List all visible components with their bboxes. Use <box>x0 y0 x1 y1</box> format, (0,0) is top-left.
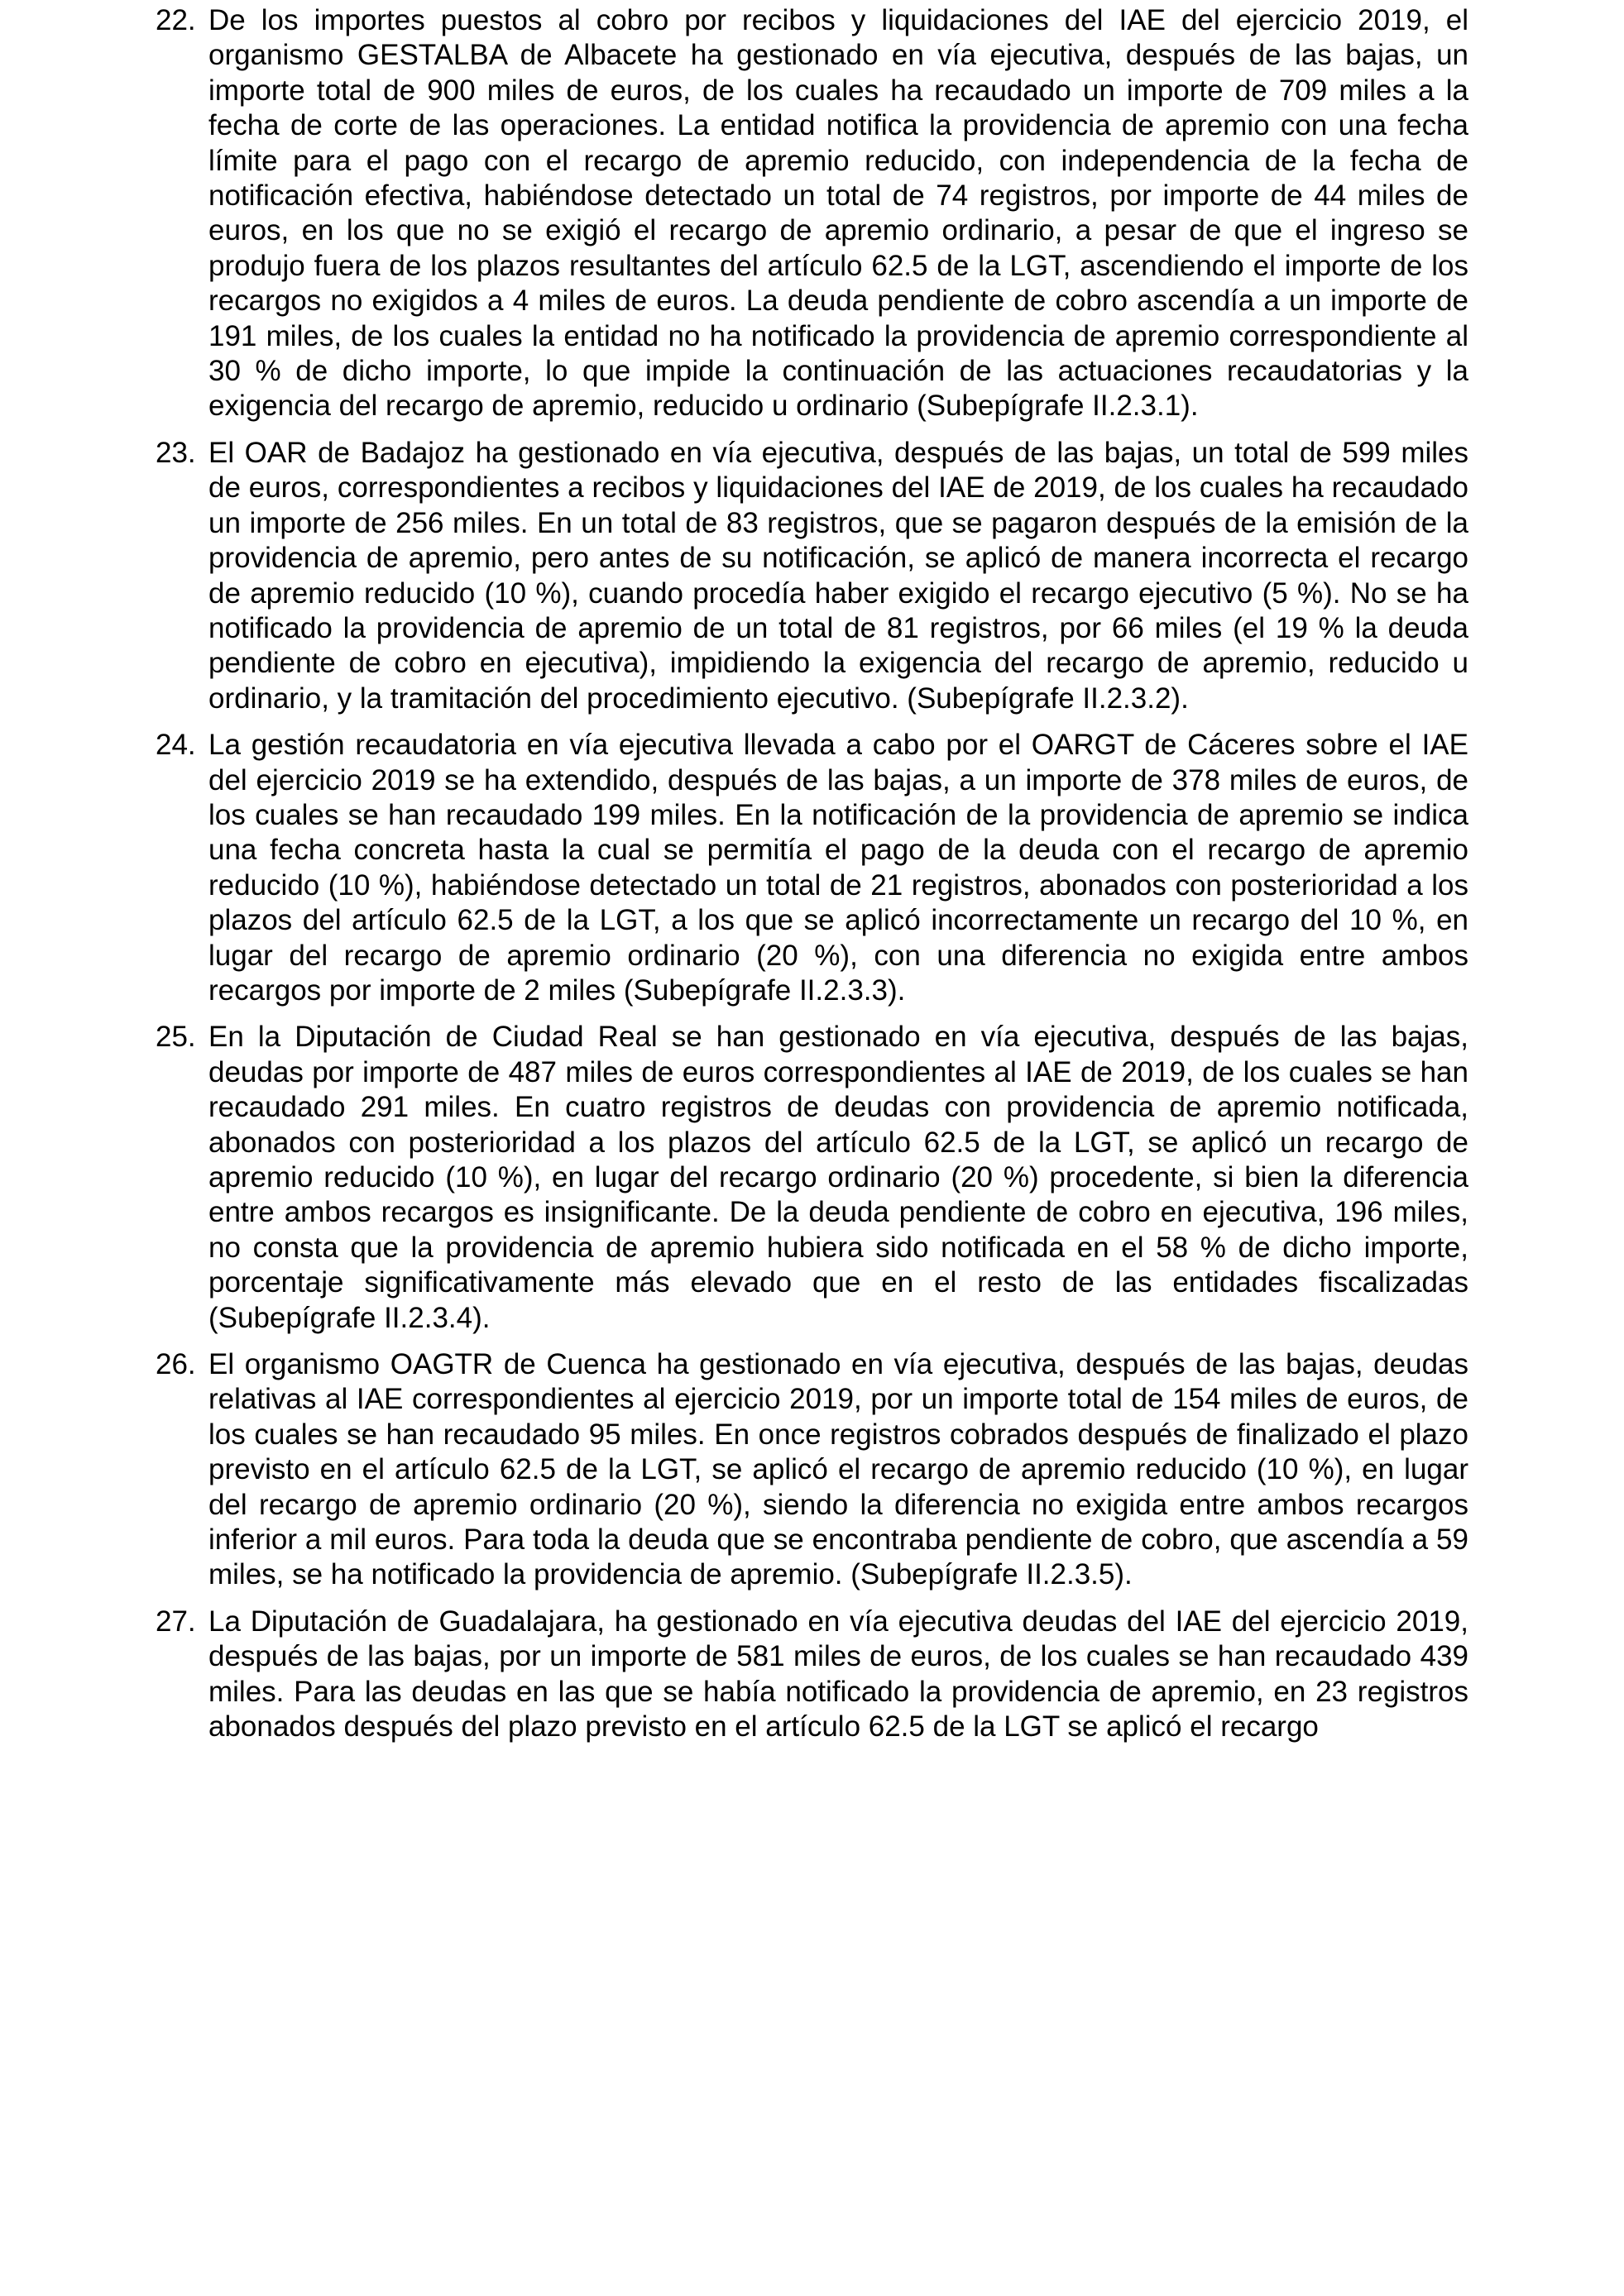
paragraph-number: 24. <box>156 728 196 763</box>
paragraph-text: De los importes puestos al cobro por rec… <box>208 4 1468 422</box>
numbered-paragraph-22: 22.De los importes puestos al cobro por … <box>156 3 1468 424</box>
paragraph-number: 22. <box>156 3 196 38</box>
document-page: 22.De los importes puestos al cobro por … <box>0 0 1624 2296</box>
paragraph-text: La Diputación de Guadalajara, ha gestion… <box>208 1605 1468 1743</box>
paragraph-text: En la Diputación de Ciudad Real se han g… <box>208 1021 1468 1333</box>
paragraph-number: 23. <box>156 436 196 471</box>
numbered-paragraph-24: 24.La gestión recaudatoria en vía ejecut… <box>156 728 1468 1008</box>
paragraph-number: 25. <box>156 1020 196 1055</box>
numbered-paragraph-26: 26.El organismo OAGTR de Cuenca ha gesti… <box>156 1347 1468 1593</box>
paragraph-number: 27. <box>156 1605 196 1639</box>
paragraph-number: 26. <box>156 1347 196 1382</box>
paragraph-text: El OAR de Badajoz ha gestionado en vía e… <box>208 437 1468 715</box>
paragraph-text: La gestión recaudatoria en vía ejecutiva… <box>208 729 1468 1007</box>
numbered-paragraph-27: 27.La Diputación de Guadalajara, ha gest… <box>156 1605 1468 1745</box>
numbered-paragraph-23: 23.El OAR de Badajoz ha gestionado en ví… <box>156 436 1468 716</box>
text-column: 22.De los importes puestos al cobro por … <box>156 3 1468 1745</box>
numbered-paragraph-25: 25.En la Diputación de Ciudad Real se ha… <box>156 1020 1468 1336</box>
paragraph-text: El organismo OAGTR de Cuenca ha gestiona… <box>208 1348 1468 1590</box>
